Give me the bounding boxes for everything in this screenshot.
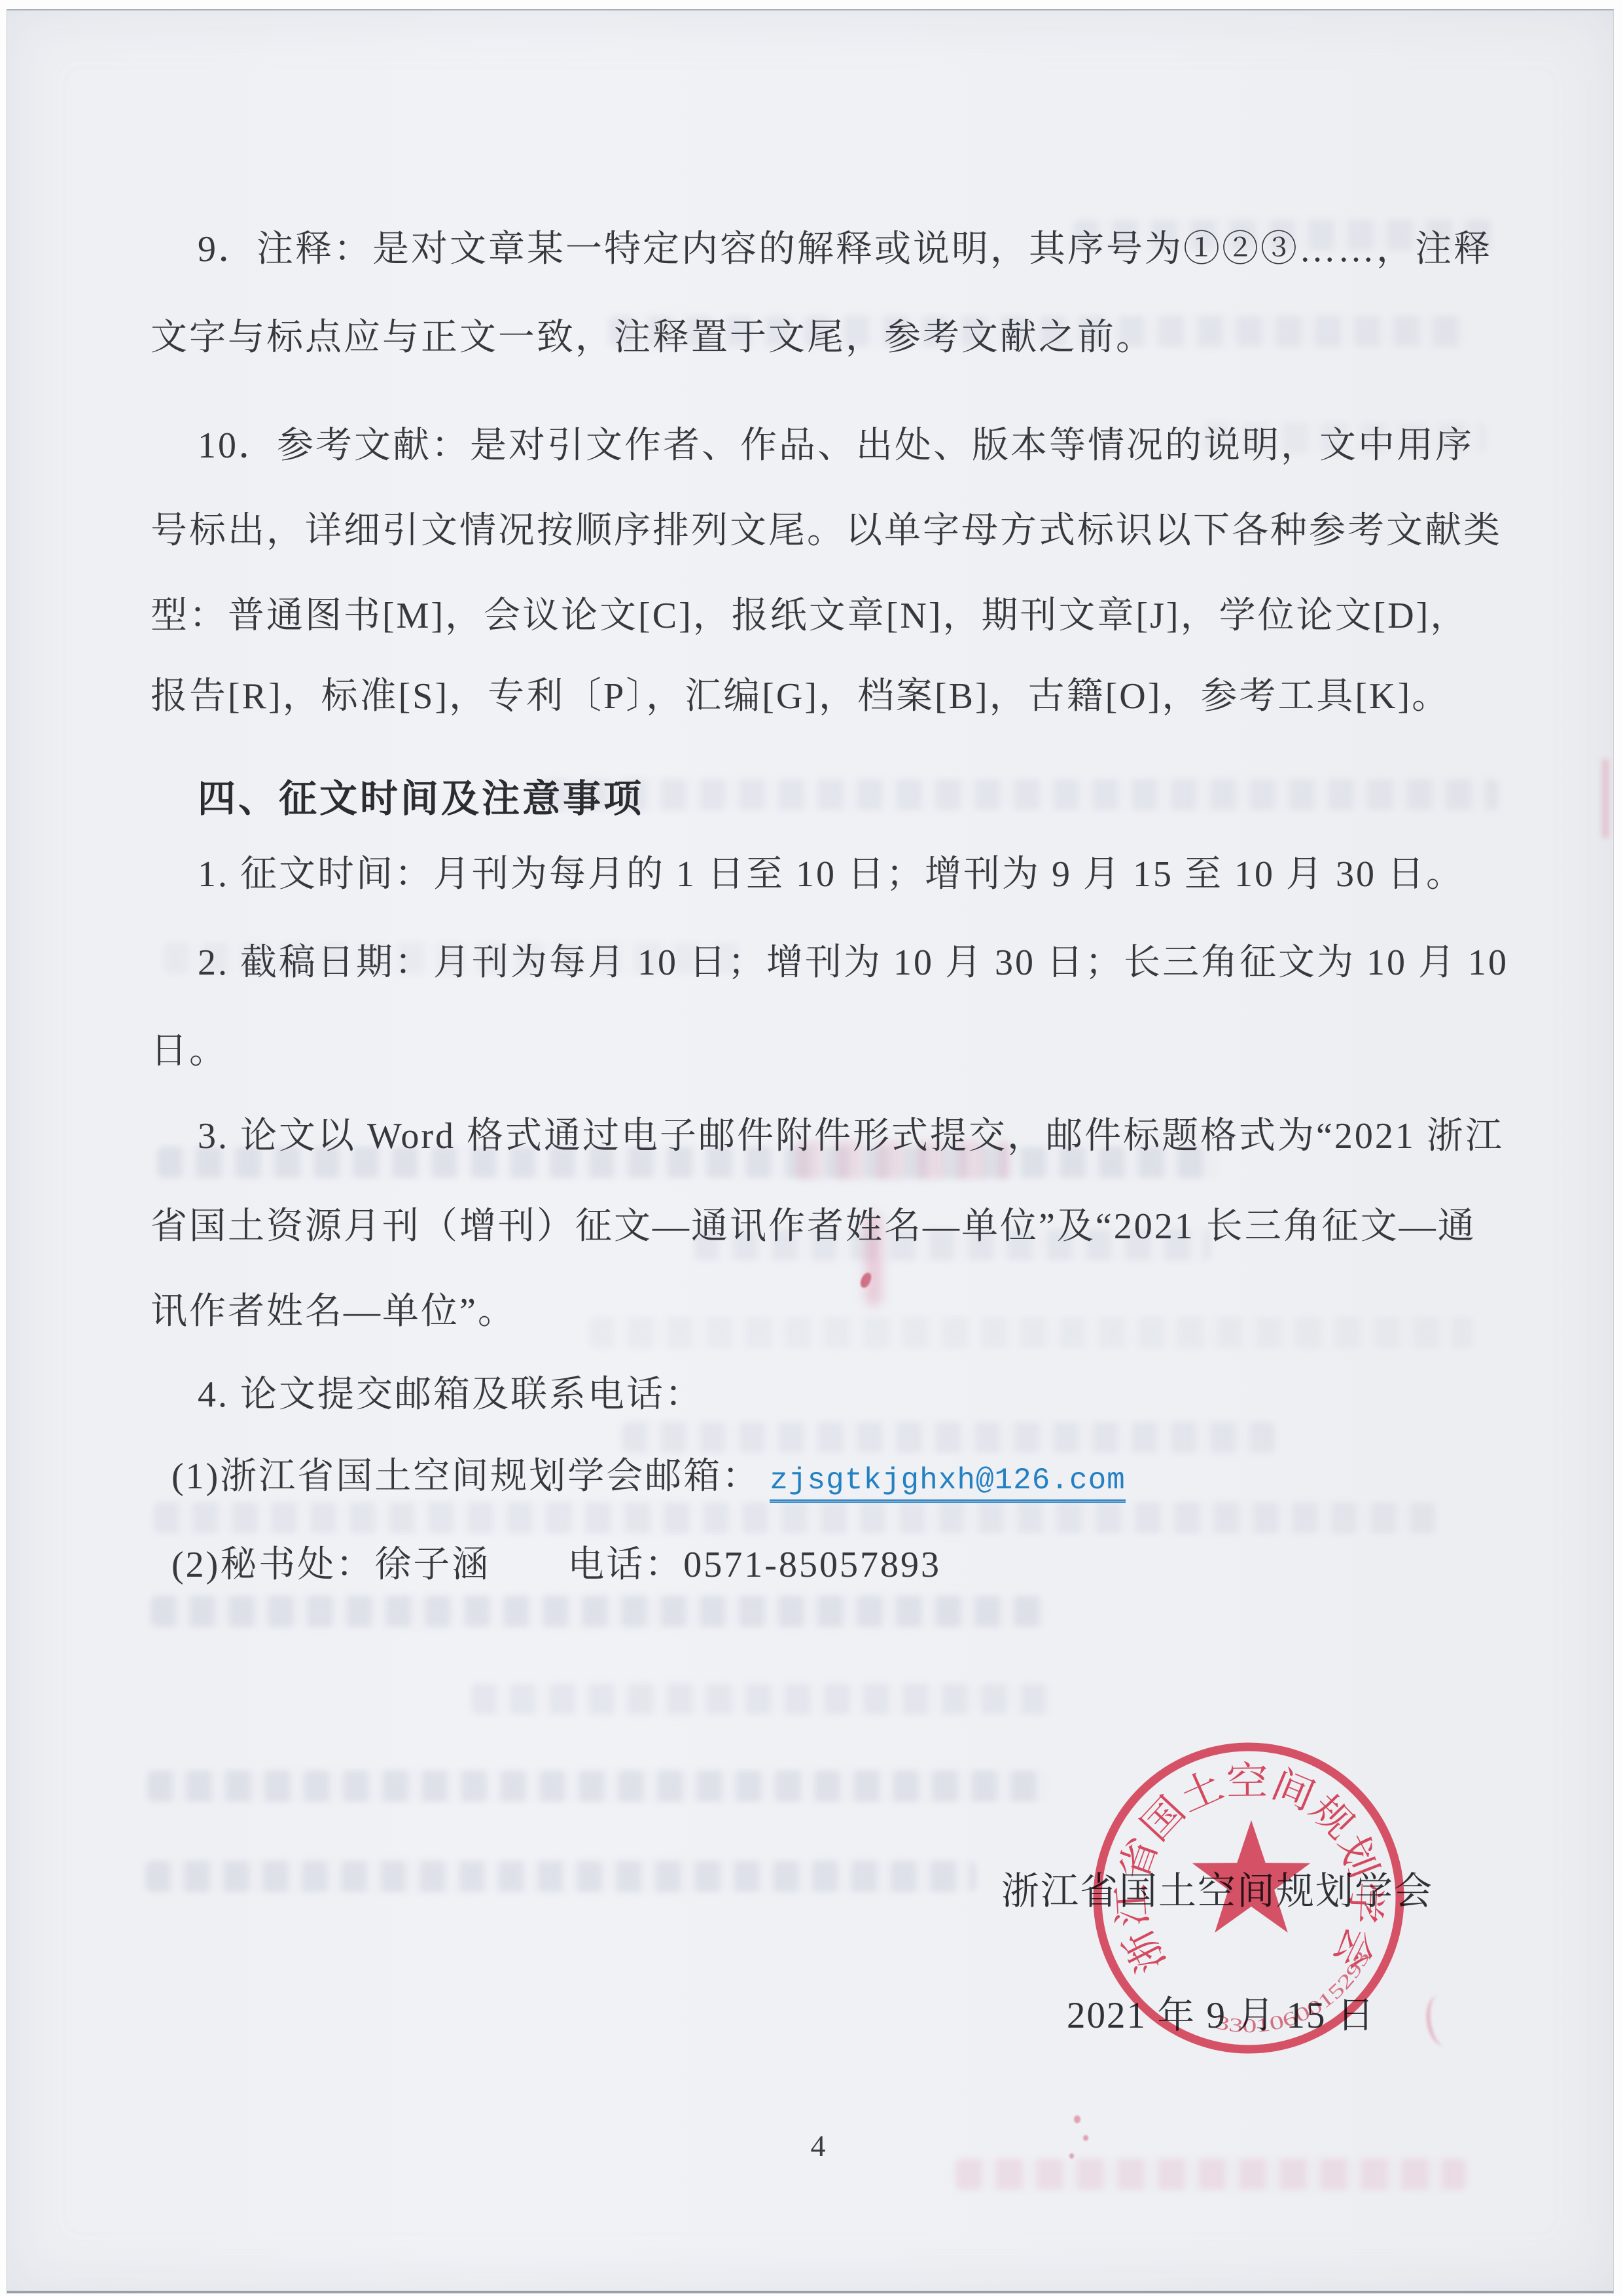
item-3-format-line-2: 省国土资源月刊（增刊）征文—通讯作者姓名—单位”及“2021 长三角征文—通: [151, 1203, 1476, 1250]
bleedthrough-smudge: [543, 779, 1499, 810]
page-number: 4: [792, 2128, 844, 2163]
svg-text:3301060015293: 3301060015293: [1213, 1947, 1374, 2037]
bleedthrough-smudge: [471, 1683, 1054, 1715]
seal-serial-number: 3301060015293: [1213, 1947, 1374, 2037]
official-seal-stamp: 浙江省国土空间规划学会 3301060015293: [1092, 1741, 1406, 2055]
ink-speck: [1602, 759, 1609, 838]
email-label: (1)浙江省国土空间规划学会邮箱：: [171, 1456, 760, 1497]
bleedthrough-smudge: [589, 1317, 1472, 1348]
para-10-line-1: 10．参考文献：是对引文作者、作品、出处、版本等情况的说明，文中用序: [198, 422, 1474, 469]
contact-email-line: (1)浙江省国土空间规划学会邮箱：zjsgtkjghxh@126.com: [171, 1453, 1126, 1500]
item-1-submission-period: 1. 征文时间：月刊为每月的 1 日至 10 日；增刊为 9 月 15 至 10…: [198, 851, 1465, 898]
ink-speck: [1083, 2135, 1088, 2141]
bleedthrough-smudge: [622, 1422, 1276, 1453]
ink-speck: [1069, 2153, 1074, 2159]
bleedthrough-smudge: [154, 1502, 1436, 1534]
para-10-line-3: 型：普通图书[M]，会议论文[C]，报纸文章[N]，期刊文章[J]，学位论文[D…: [151, 592, 1469, 639]
seal-star-icon: [1192, 1820, 1311, 1933]
item-2-deadline-line-1: 2. 截稿日期：月刊为每月 10 日；增刊为 10 月 30 日；长三角征文为 …: [198, 939, 1508, 986]
para-9-line-1: 9．注释：是对文章某一特定内容的解释或说明，其序号为①②③……，注释: [198, 226, 1492, 273]
ink-speck: [1074, 2115, 1080, 2123]
bleedthrough-smudge: [955, 2159, 1466, 2190]
bleedthrough-smudge: [147, 1770, 1047, 1802]
para-9-line-2: 文字与标点应与正文一致，注释置于文尾，参考文献之前。: [151, 314, 1154, 361]
item-2-deadline-line-2: 日。: [151, 1028, 228, 1075]
para-10-line-2: 号标出，详细引文情况按顺序排列文尾。以单字母方式标识以下各种参考文献类: [151, 507, 1502, 554]
bleedthrough-smudge: [151, 1596, 1047, 1627]
section-heading-4: 四、征文时间及注意事项: [198, 776, 644, 823]
item-3-format-line-1: 3. 论文以 Word 格式通过电子邮件附件形式提交，邮件标题格式为“2021 …: [198, 1113, 1504, 1160]
para-10-line-4: 报告[R]，标准[S]，专利〔P〕，汇编[G]，档案[B]，古籍[O]，参考工具…: [151, 673, 1450, 720]
scanned-page: 9．注释：是对文章某一特定内容的解释或说明，其序号为①②③……，注释 文字与标点…: [0, 0, 1623, 2296]
item-3-format-line-3: 讯作者姓名—单位”。: [151, 1288, 516, 1335]
bleedthrough-smudge: [145, 1861, 976, 1892]
secretary-contact-line: (2)秘书处：徐子涵 电话：0571-85057893: [171, 1541, 941, 1588]
email-link[interactable]: zjsgtkjghxh@126.com: [770, 1463, 1126, 1503]
item-4-contact-heading: 4. 论文提交邮箱及联系电话：: [198, 1371, 704, 1418]
